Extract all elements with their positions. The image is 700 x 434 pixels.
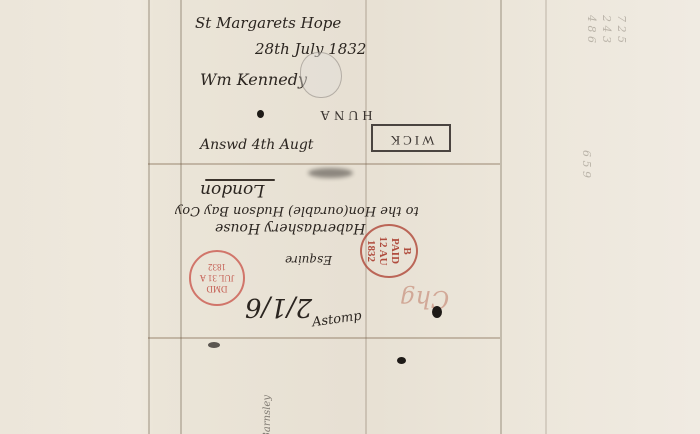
docket-sender: Wm Kennedy (200, 70, 307, 89)
docket-answered-note: Answd 4th Augt (200, 137, 313, 153)
rate-marking: 2/1/6 (245, 292, 312, 322)
address-city: London (200, 180, 265, 200)
paid-circle-stamp: B PAID 12 AU 1832 (360, 224, 418, 278)
paid-line-2: PAID (389, 238, 401, 264)
fold-line-inner-right (500, 0, 502, 434)
docket-place: St Margarets Hope (195, 14, 341, 32)
pencil-note: 7 2 5 (615, 15, 628, 43)
receiving-circle-stamp: DMD JUL 31 A 1832 (189, 250, 245, 306)
red-script-marking: Chg (400, 285, 449, 313)
signature-scrawl: Astomp (311, 309, 362, 331)
address-line-2: Haberdashery House (215, 220, 365, 236)
address-line-4: Esquire (285, 253, 332, 267)
pencil-note: 6 5 9 (580, 150, 593, 178)
bottom-fragment-text: Barnsley (262, 395, 273, 434)
ink-smudge (308, 168, 353, 178)
ink-blot (208, 342, 220, 348)
fold-line-horizontal-top (148, 163, 500, 165)
paid-line-3: 12 AU (377, 236, 389, 265)
letter-sheet: St Margarets Hope 28th July 1832 Wm Kenn… (0, 0, 700, 434)
ink-dot (257, 110, 264, 118)
circle-line-3: 1832 (208, 262, 226, 273)
ink-blot (397, 357, 406, 364)
wick-box-stamp: WICK (371, 124, 451, 152)
pencil-note: 2 4 3 (600, 15, 613, 43)
pencil-note: 4 8 6 (585, 15, 598, 43)
ink-blot (432, 306, 442, 318)
paid-line-4: 1832 (365, 240, 377, 262)
fold-line-left (148, 0, 150, 434)
circle-line-1: DMD (207, 284, 228, 295)
wax-seal-remnant (300, 52, 342, 98)
fold-line-horizontal-bottom (148, 337, 500, 339)
paid-line-1: B (401, 247, 413, 254)
fold-line-right (545, 0, 547, 434)
address-line-3: to the Hon(ourable) Hudson Bay Coy (175, 203, 419, 218)
circle-line-2: JUL 31 A (200, 273, 235, 284)
underline-flourish (205, 179, 275, 181)
huna-stamp: HUNA (316, 106, 372, 122)
